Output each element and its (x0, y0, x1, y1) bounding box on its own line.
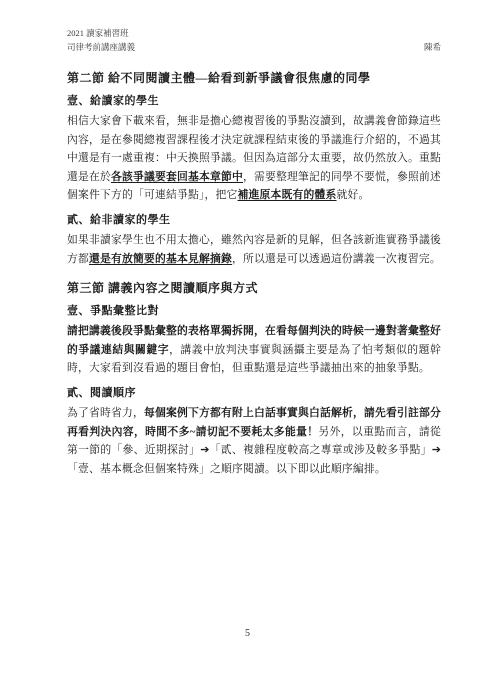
section-heading: 第二節 給不同閱讀主體—給看到新爭議會很焦慮的同學 (67, 70, 441, 86)
header-left: 2021 讀家補習班 司律考前講座講義 (67, 26, 135, 54)
emphasized-text: 還是有放簡要的基本見解摘錄 (89, 253, 232, 265)
document-body: 第二節 給不同閱讀主體—給看到新爭議會很焦慮的同學壹、給讀家的學生相信大家會下載… (67, 58, 441, 486)
body-text: 為了省時省力， (67, 407, 144, 419)
paragraph: 請把講義後段爭點彙整的表格單獨拆開，在看每個判決的時候一邊對著彙整好的爭議連結與… (67, 322, 441, 378)
document-page: 2021 讀家補習班 司律考前講座講義 陳希 第二節 給不同閱讀主體—給看到新爭… (0, 0, 495, 700)
paragraph: 相信大家會下載來看，無非是擔心總複習後的爭點沒讀到，故講義會節錄這些內容，是在參… (67, 112, 441, 205)
emphasized-text: 補進原本既有的體系 (238, 189, 337, 201)
page-header: 2021 讀家補習班 司律考前講座講義 陳希 (67, 26, 441, 54)
header-course-title: 司律考前講座講義 (67, 40, 135, 54)
header-author: 陳希 (424, 40, 441, 54)
body-text: 就好。 (337, 189, 370, 201)
emphasized-text: 各該爭議要套回基本章節中 (111, 171, 243, 183)
section-heading: 第三節 講義內容之閱讀順序與方式 (67, 280, 441, 296)
paragraph: 如果非讀家學生也不用太擔心，雖然內容是新的見解，但各該新進實務爭議後方都還是有放… (67, 231, 441, 268)
header-course-year: 2021 讀家補習班 (67, 26, 135, 40)
sub-heading: 貳、給非讀家的學生 (67, 213, 441, 228)
sub-heading: 貳、閱讀順序 (67, 386, 441, 401)
paragraph: 為了省時省力，每個案例下方都有附上白話事實與白話解析，請先看引註部分再看判決內容… (67, 404, 441, 478)
sub-heading: 壹、給讀家的學生 (67, 94, 441, 109)
sub-heading: 壹、爭點彙整比對 (67, 304, 441, 319)
body-text: ，所以還是可以透過這份講義一次複習完。 (232, 253, 441, 265)
page-number: 5 (0, 628, 495, 639)
